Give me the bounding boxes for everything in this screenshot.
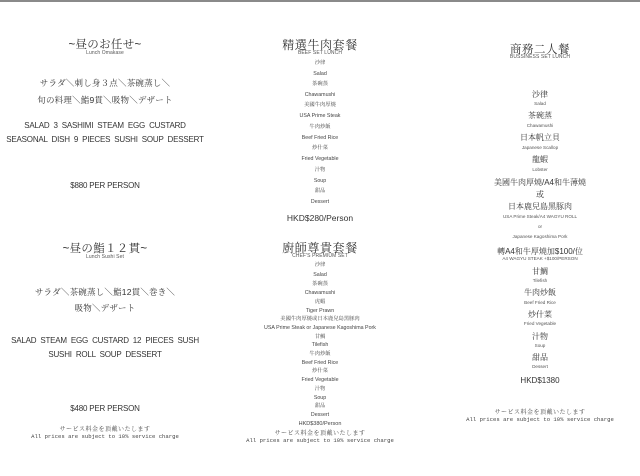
business-item-zh: 或 (455, 189, 625, 200)
sushi-set-jp-line1: サラダ＼茶碗蒸し＼鮨12貫＼巻き＼ (0, 286, 210, 298)
beef-item: Soup (240, 179, 400, 184)
beef-item: Dessert (240, 200, 400, 205)
chef-item: Soup (240, 396, 400, 401)
omakase-en-line2: SEASONAL DISH 9 PIECES SUSHI SOUP DESSER… (0, 135, 230, 144)
service-note-jp: サービス料金を頂戴いたします (240, 428, 400, 437)
right-column: 商務二人餐 BUSSINESS SET LUNCH 沙律 Salad 茶碗蒸 C… (455, 0, 625, 476)
beef-item: 茶碗蒸 (240, 82, 400, 87)
chef-item: USA Prime Steak or Japanese Kagoshima Po… (230, 326, 410, 331)
business-item-en: Japanese Scallop (455, 145, 625, 150)
beef-item: Beef Fried Rice (240, 136, 400, 141)
beef-item: Salad (240, 72, 400, 77)
business-item-zh: 汁物 (455, 331, 625, 342)
chef-item: 牛肉炒飯 (240, 352, 400, 357)
business-item-en: Lobster (455, 167, 625, 172)
beef-item: 炒什菜 (240, 146, 400, 151)
business-set-price: HKD$1380 (455, 376, 625, 385)
middle-column: 精選牛肉套餐 BEEF SET LUNCH 沙律 Salad 茶碗蒸 Chawa… (240, 0, 400, 476)
beef-item: USA Prime Steak (240, 114, 400, 119)
beef-item: 汁物 (240, 168, 400, 173)
service-note-en: All prices are subject to 10% service ch… (240, 437, 400, 444)
business-item-en: Beef Fried Rice (455, 300, 625, 305)
chef-item: Fried Vegetable (240, 378, 400, 383)
business-item-zh: 沙律 (455, 89, 625, 100)
business-item-zh: 炒什菜 (455, 309, 625, 320)
business-item-zh: 牛肉炒飯 (455, 287, 625, 298)
beef-item: 美國牛肉厚燒 (240, 103, 400, 108)
business-item-en: Chawamushi (455, 123, 625, 128)
service-note-jp: サービス料金を頂戴いたします (0, 424, 210, 433)
business-item-zh: 日本帆立貝 (455, 132, 625, 143)
omakase-subtitle: Lunch Omakase (0, 50, 210, 56)
chef-item: 茶碗蒸 (240, 282, 400, 287)
sushi-set-en-line1: SALAD STEAM EGG CUSTARD 12 PIECES SUSH (0, 336, 220, 345)
service-note-en: All prices are subject to 10% service ch… (455, 416, 625, 423)
business-item-en: Dessert (455, 364, 625, 369)
chef-item: Salad (240, 273, 400, 278)
chef-item: Tilefish (240, 343, 400, 348)
business-item-en: Salad (455, 101, 625, 106)
omakase-jp-line2: 旬の料理＼鮨9貫＼吸物＼デザート (0, 94, 210, 106)
business-item-zh: 甘鯛 (455, 266, 625, 277)
chef-item: Dessert (240, 413, 400, 418)
business-item-zh: 美國牛肉厚燒/A4和牛薄燒 (455, 177, 625, 188)
business-item-zh: 甜品 (455, 352, 625, 363)
omakase-en-line1: SALAD 3 SASHIMI STEAM EGG CUSTARD (0, 121, 210, 130)
chef-item: 甜品 (240, 404, 400, 409)
chef-item: Chawamushi (240, 291, 400, 296)
business-set-subtitle: BUSSINESS SET LUNCH (455, 54, 625, 60)
chef-set-price: HKD$380/Person (240, 421, 400, 427)
business-item-zh: 日本鹿兒島黑豚肉 (455, 201, 625, 212)
business-item-zh: 龍蝦 (455, 154, 625, 165)
business-item-en: Japanese Kagoshima Pork (455, 234, 625, 239)
business-item-en: or (455, 224, 625, 229)
chef-item: 沙律 (240, 263, 400, 268)
beef-item: 牛肉炒飯 (240, 125, 400, 130)
business-item-en: Fried Vegetable (455, 321, 625, 326)
beef-set-price: HKD$280/Person (240, 213, 400, 223)
omakase-price: $880 PER PERSON (0, 181, 210, 190)
chef-set-subtitle: CHEF'S PREMIUM SET (240, 253, 400, 259)
business-item-zh: 茶碗蒸 (455, 110, 625, 121)
beef-item: 沙律 (240, 61, 400, 66)
business-item-en: USA Prime Steak/A4 WAGYU ROLL (455, 214, 625, 219)
sushi-set-en-line2: SUSHI ROLL SOUP DESSERT (0, 350, 210, 359)
chef-item: 美國牛肉厚燒或日本鹿兒島黑豚肉 (240, 317, 400, 322)
left-column: ~昼のお任せ~ Lunch Omakase サラダ＼刺し身３点＼茶碗蒸し＼ 旬の… (0, 0, 210, 476)
sushi-set-price: $480 PER PERSON (0, 404, 210, 413)
service-note-jp: サービス料金を頂戴いたします (455, 407, 625, 416)
chef-item: Tiger Prawn (240, 309, 400, 314)
omakase-jp-line1: サラダ＼刺し身３点＼茶碗蒸し＼ (0, 77, 210, 89)
beef-item: Chawamushi (240, 93, 400, 98)
business-item-en: A4 WAGYU STEAK +$100/PERSON (455, 256, 625, 261)
chef-item: 甘鯛 (240, 335, 400, 340)
beef-item: Fried Vegetable (240, 157, 400, 162)
service-note-en: All prices are subject to 10% service ch… (0, 433, 210, 440)
chef-item: 虎蝦 (240, 300, 400, 305)
business-item-en: Tilefish (455, 278, 625, 283)
beef-set-subtitle: BEEF SET LUNCH (240, 50, 400, 56)
chef-item: 炒什菜 (240, 369, 400, 374)
sushi-set-subtitle: Lunch Sushi Set (0, 254, 210, 260)
business-item-en: Soup (455, 343, 625, 348)
beef-item: 甜品 (240, 189, 400, 194)
chef-item: 汁物 (240, 387, 400, 392)
sushi-set-jp-line2: 吸物＼デザート (0, 302, 210, 314)
chef-item: Beef Fried Rice (240, 361, 400, 366)
